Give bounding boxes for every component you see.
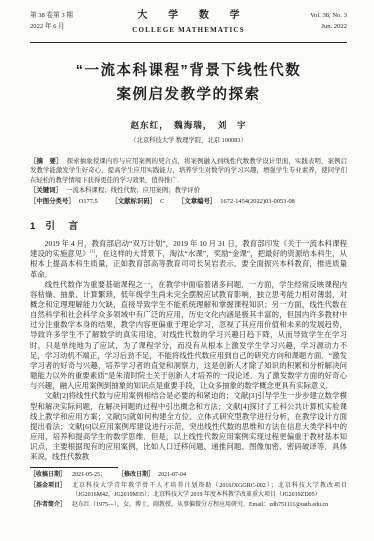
journal-name-block: 大 学 数 学 COLLEGE MATHEMATICS <box>108 10 269 36</box>
footnote-fund: ［基金项目］ 北京科技大学青年教学骨干人才培养计划资助（2016JXGGRC-0… <box>30 482 347 500</box>
classification-row: ［中图分类号］O177.5 ［文献标识码］C ［文章编号］1672-1454(2… <box>30 197 347 206</box>
bio-text: 赵东红（1975—），女，博士，副教授，从事偏微分方程应用研究．Email：zd… <box>70 501 347 510</box>
fund-label: ［基金项目］ <box>30 482 70 500</box>
header-rule <box>30 42 347 43</box>
title-line-2: 案例启发教学的探索 <box>30 84 347 108</box>
bio-label: ［作者简介］ <box>30 501 70 510</box>
journal-header: 第 38 卷第 3 期 2022 年 6 月 大 学 数 学 COLLEGE M… <box>30 10 347 36</box>
paragraph-1: 2019 年 4 月，教育部启动“双万计划”，2019 年 10 月 31 日，… <box>30 239 347 280</box>
modified-date-value: 2021-07-04 <box>158 472 186 478</box>
doc-code-value: C <box>160 198 164 205</box>
footnote-rule <box>30 467 118 468</box>
doc-code-label: ［文献标识码］ <box>111 198 156 205</box>
section-1-heading: 1引 言 <box>30 218 347 232</box>
journal-vol-block: Vol. 38, No. 3 Jun. 2022 <box>269 10 347 32</box>
fund-text: 北京科技大学青年教学骨干人才培养计划资助（2016JXGGRC-002）；北京科… <box>70 482 347 500</box>
authors: 赵东红， 魏海瑞， 刘 宇 <box>30 119 347 131</box>
journal-vol-en: Vol. 38, No. 3 <box>269 10 347 21</box>
paragraph-3: 文献[2]将线性代数与应用案例相结合是必要的和紧迫的；文献[3]引导学生一步步建… <box>30 391 347 462</box>
keywords: ［关键词］一流本科课程；线性代数；应用案例；教学评价 <box>30 186 347 195</box>
abstract: ［摘 要］探索抽象授课内容与应用案例的契合点，将案例融入到线性代数教学设计里面，… <box>30 157 347 185</box>
journal-issue-block: 第 38 卷第 3 期 2022 年 6 月 <box>30 10 108 32</box>
footnote-block: ［收稿日期］ 2021-05-25；［修改日期］2021-07-04 ［基金项目… <box>30 471 347 509</box>
paragraph-2: 线性代数作为重要基础课程之一，在教学中面临着诸多问题．一方面，学生经常反映课程内… <box>30 280 347 392</box>
footnote-received: ［收稿日期］ 2021-05-25；［修改日期］2021-07-04 <box>30 471 347 480</box>
paper-page: 第 38 卷第 3 期 2022 年 6 月 大 学 数 学 COLLEGE M… <box>0 0 374 541</box>
meta-block: ［摘 要］探索抽象授课内容与应用案例的契合点，将案例融入到线性代数教学设计里面，… <box>30 157 347 206</box>
section-1-body: 2019 年 4 月，教育部启动“双万计划”，2019 年 10 月 31 日，… <box>30 239 347 462</box>
journal-name-en: COLLEGE MATHEMATICS <box>108 25 269 36</box>
received-date-value: 2021-05-25； <box>72 472 106 478</box>
clc-value: O177.5 <box>79 198 98 205</box>
received-date-label: ［收稿日期］ <box>30 471 70 480</box>
modified-date-label: ［修改日期］ <box>118 472 154 478</box>
footnote-bio: ［作者简介］ 赵东红（1975—），女，博士，副教授，从事偏微分方程应用研究．E… <box>30 501 347 510</box>
keywords-text: 一流本科课程；线性代数；应用案例；教学评价 <box>66 187 200 194</box>
article-id-value: 1672-1454(2022)03-0053-08 <box>220 198 295 205</box>
section-1-title: 引 言 <box>45 221 80 232</box>
title-line-1: “一流本科课程”背景下线性代数 <box>30 60 347 84</box>
journal-issue-cn: 第 38 卷第 3 期 <box>30 10 108 21</box>
journal-date-cn: 2022 年 6 月 <box>30 21 108 32</box>
abstract-text: 探索抽象授课内容与应用案例的契合点，将案例融入到线性代数教学设计里面，实践表明，… <box>30 158 347 184</box>
journal-date-en: Jun. 2022 <box>269 21 347 32</box>
affiliation: （北京科技大学 数理学院，北京 100083） <box>30 135 347 144</box>
article-id-label: ［文章编号］ <box>178 198 216 205</box>
keywords-label: ［关键词］ <box>30 187 62 194</box>
clc-label: ［中图分类号］ <box>30 198 75 205</box>
section-1-number: 1 <box>30 221 35 232</box>
journal-name-cn: 大 学 数 学 <box>108 10 269 22</box>
received-date-text: 2021-05-25；［修改日期］2021-07-04 <box>70 471 347 480</box>
abstract-label: ［摘 要］ <box>30 158 63 165</box>
article-title: “一流本科课程”背景下线性代数 案例启发教学的探索 <box>30 60 347 107</box>
